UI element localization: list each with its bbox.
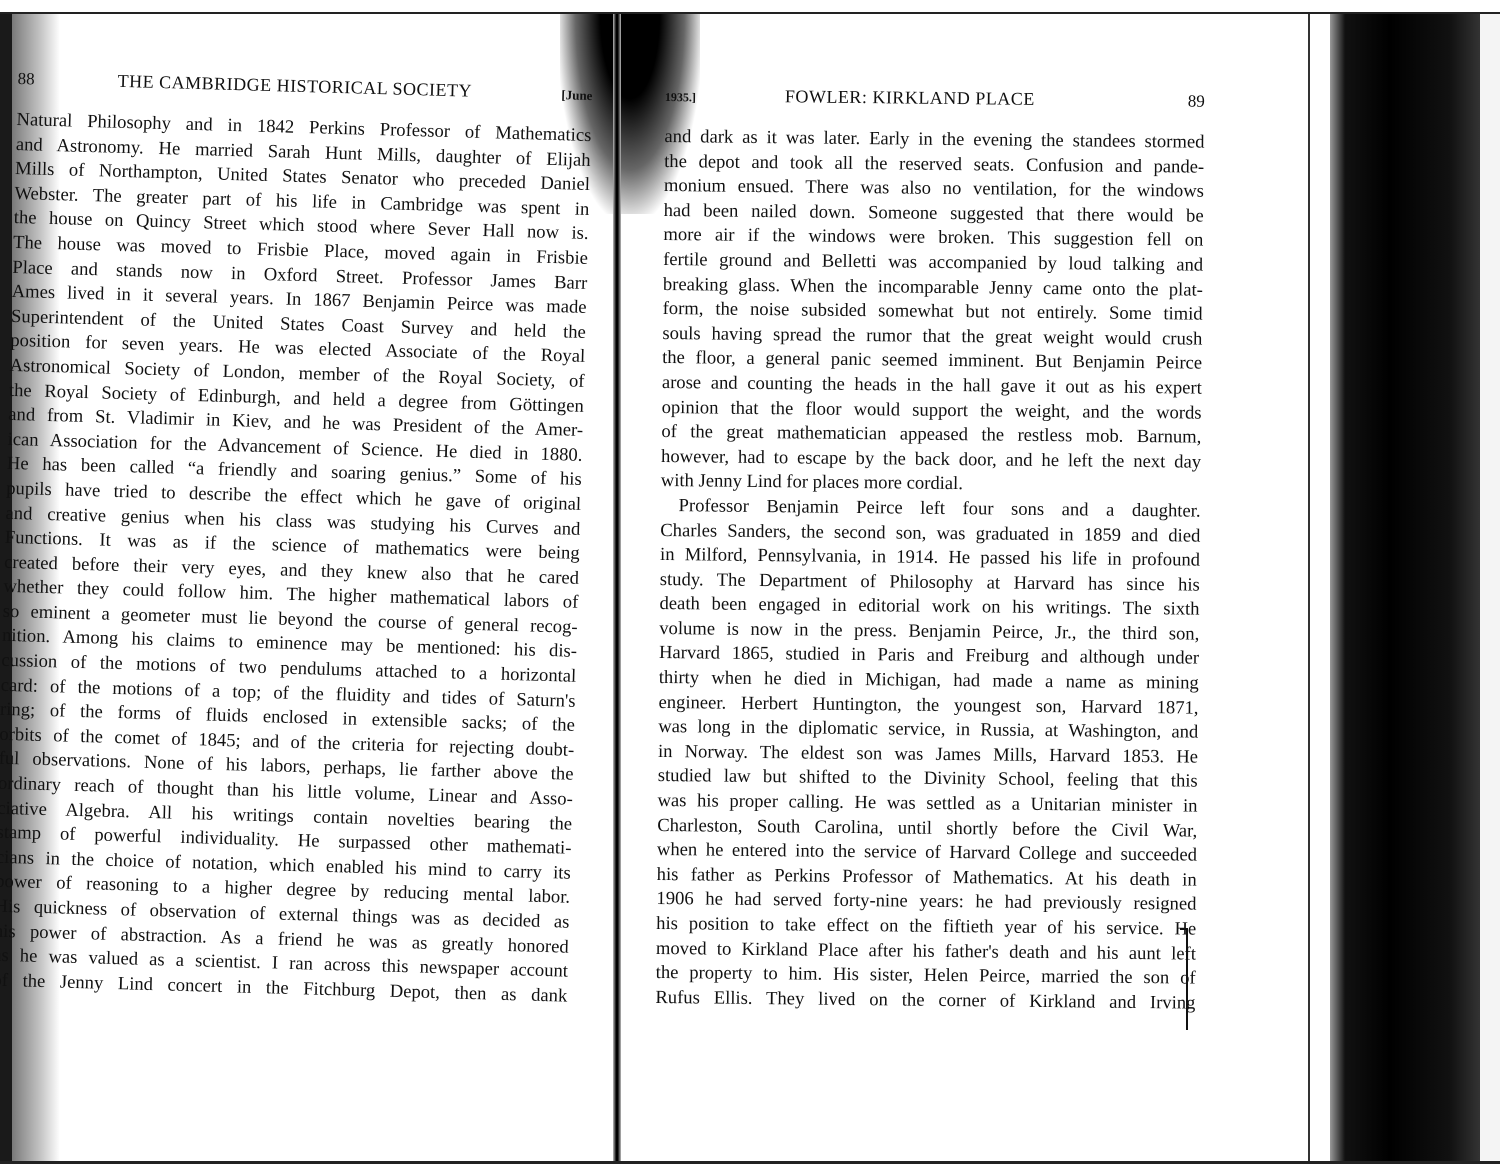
book-spine-line [613,14,621,1164]
right-body-text: and dark as it was later. Early in the e… [655,125,1204,1016]
running-head-date: 1935.] [665,90,785,106]
page-edge-line [1308,14,1310,1164]
scan-right-margin [1480,14,1500,1164]
right-running-head: 1935.] FOWLER: KIRKLAND PLACE 89 [665,85,1205,131]
margin-bracket-annotation [1180,928,1188,1030]
running-head-title: FOWLER: KIRKLAND PLACE [785,86,1035,110]
right-page: 1935.] FOWLER: KIRKLAND PLACE 89 and dar… [655,85,1205,1016]
left-page: 88 THE CAMBRIDGE HISTORICAL SOCIETY [Jun… [0,68,593,1009]
left-body-text: Natural Philosophy and in 1842 Perkins P… [0,108,592,1009]
scan-right-shadow [1330,14,1480,1164]
running-head-date: [June [561,87,592,104]
page-number: 88 [17,69,118,92]
running-head-title: THE CAMBRIDGE HISTORICAL SOCIETY [117,71,472,102]
text-line: Rufus Ellis. They lived on the corner of… [655,986,1195,1016]
page-number: 89 [1188,91,1205,111]
scan-top-border [0,0,1500,14]
